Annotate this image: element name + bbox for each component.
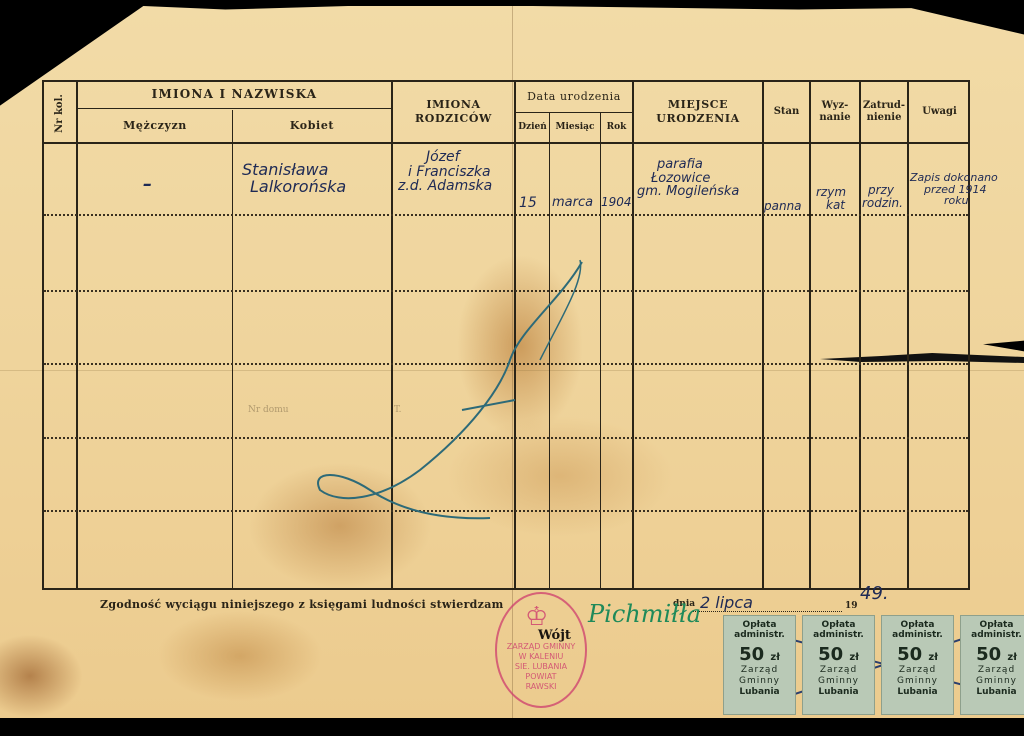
header-women: Kobiet xyxy=(233,110,391,142)
cell-religion: rzym kat xyxy=(816,186,846,211)
header-year: Rok xyxy=(601,114,632,142)
date-handwritten: 2 lipca xyxy=(700,593,753,612)
header-month: Miesiąc xyxy=(550,114,600,142)
header-day: Dzień xyxy=(516,114,549,142)
header-religion: Wyz-nanie xyxy=(811,82,859,142)
col-divider xyxy=(232,110,233,590)
signature: Pichmiłła xyxy=(588,600,701,628)
official-title: Wójt xyxy=(538,628,571,643)
fee-stamps: Opłataadministr. 50 zł ZarządGminnyLuban… xyxy=(723,615,1024,715)
col-divider xyxy=(762,80,764,590)
header-birth-date: Data urodzenia xyxy=(516,82,632,112)
certification-text: Zgodność wyciągu niniejszego z księgami … xyxy=(100,598,504,611)
header-remarks: Uwagi xyxy=(909,82,970,142)
header-employment: Zatrud-nienie xyxy=(861,82,907,142)
header-birthplace: MIEJSCEURODZENIA xyxy=(634,82,762,142)
cell-day: 15 xyxy=(519,196,537,211)
subheader-divider xyxy=(78,108,391,109)
faded-print-t: T. xyxy=(394,405,402,415)
col-divider xyxy=(76,80,78,590)
fee-stamp: Opłataadministr. 50 zł ZarządGminnyLuban… xyxy=(802,615,875,715)
header-names-group: IMIONA I NAZWISKA xyxy=(78,80,391,108)
cell-status: panna xyxy=(764,200,802,213)
official-stamp: ♔ ZARZĄD GMINNY W KALENIU SIE. LUBANIA P… xyxy=(495,592,587,708)
header-nr-kol: Nr kol. xyxy=(46,86,72,140)
year-prefix: 19 xyxy=(845,601,858,611)
year-handwritten: 49. xyxy=(860,583,889,604)
faded-print-house-no: Nr domu xyxy=(248,405,289,415)
header-divider xyxy=(42,142,970,144)
col-divider xyxy=(549,112,550,590)
col-divider xyxy=(809,80,811,590)
fee-stamp: Opłataadministr. 50 zł ZarządGminnyLuban… xyxy=(723,615,796,715)
subheader-divider xyxy=(516,112,632,113)
cell-month: marca xyxy=(552,196,593,210)
cell-parents: Józef i Franciszka z.d. Adamska xyxy=(398,150,492,194)
col-divider xyxy=(600,112,601,590)
register-table xyxy=(42,80,970,590)
cell-remarks: Zapis dokonano przed 1914 roku xyxy=(910,172,998,207)
cell-employment: przy rodzin. xyxy=(862,184,903,209)
cell-year: 1904 xyxy=(601,196,632,209)
cell-women-name: Stanisława Lalkorońska xyxy=(242,162,346,196)
col-divider xyxy=(514,80,516,590)
cell-birthplace: parafia Łozowice gm. Mogileńska xyxy=(637,158,739,199)
header-parents: IMIONARODZICÓW xyxy=(393,82,514,142)
col-divider xyxy=(391,80,393,590)
header-status: Stan xyxy=(764,82,809,142)
col-divider xyxy=(907,80,909,590)
header-men: Mężczyzn xyxy=(78,110,232,142)
col-divider xyxy=(859,80,861,590)
fee-stamp: Opłataadministr. 50 zł ZarządGminnyLuban… xyxy=(960,615,1024,715)
fee-stamp: Opłataadministr. 50 zł ZarządGminnyLuban… xyxy=(881,615,954,715)
cell-men: – xyxy=(143,176,152,195)
col-divider xyxy=(632,80,634,590)
